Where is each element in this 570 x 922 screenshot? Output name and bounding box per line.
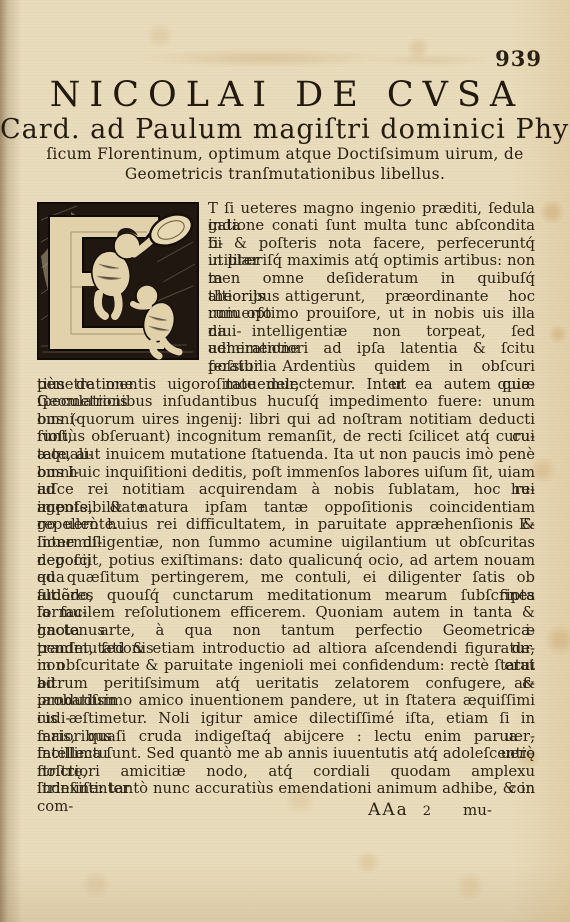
title-author: NICOLAI DE CVSA xyxy=(4,78,570,113)
body-line: ſtrictiori amicitiæ nodo, atq́ cordiali … xyxy=(37,763,535,781)
title-dedication: Card. ad Paulum magiſtri dominici Phy- xyxy=(0,114,570,145)
page-number: 939 xyxy=(495,46,542,71)
historiated-initial-E-woodcut xyxy=(37,202,199,360)
book-page-scan: 939 NICOLAI DE CVSA Card. ad Paulum magi… xyxy=(0,0,570,922)
body-line: ſudãdo, quouſq́ cunctarum meditationum m… xyxy=(37,587,535,605)
signature-number: 2 xyxy=(423,804,431,819)
body-line: iuſce rei notitiam acquirendam à nobis ſ… xyxy=(37,481,535,499)
body-line: bus huic inquiſitioni deditis, poſt imme… xyxy=(37,464,535,482)
body-line: bus (quorum uires ingenij: libri qui ad … xyxy=(37,411,535,429)
body-line: la facilem reſolutionem efficerem. Quoni… xyxy=(37,604,535,622)
body-line: ad quæſitum pertingerem, me contuli, ei … xyxy=(37,569,535,587)
body-line: depoſcit, potius exiſtimans: dato qualic… xyxy=(37,552,535,570)
body-line: tiùs de mentis uigoroſitate delectemur. … xyxy=(37,376,535,394)
body-line: facillima ſunt. Sed quantò me ab annis i… xyxy=(37,745,535,763)
body-line: go uerò huius rei difficultatem, in paru… xyxy=(37,516,535,534)
body-line: bitrum peritiſsimum atq́ ueritatis zelat… xyxy=(37,675,535,693)
body-line: pendet, ſed & etiam introductio ad altio… xyxy=(37,640,535,658)
body-line: tate, aut inuicem mutatione ſtatuenda. I… xyxy=(37,446,535,464)
catchword: mu- xyxy=(463,801,492,819)
body-text-block: T ſi ueteres magno ingenio præditi, ſedu… xyxy=(37,200,535,798)
body-line: in obſcuritate & paruitate ingenioli mei… xyxy=(37,657,535,675)
body-line: agente, & natura ipſam tantæ oppoſitioni… xyxy=(37,499,535,517)
body-line: cis æſtimetur. Noli igitur amice dilecti… xyxy=(37,710,535,728)
body-line: rioſiùs obſeruant) incognitum remanſit, … xyxy=(37,428,535,446)
body-line: gnota arte, à qua non tantum perfectio G… xyxy=(37,622,535,640)
body-line: ſione diligentiæ, non ſummo acumine uigi… xyxy=(37,534,535,552)
title-subline-1: ſicum Florentinum, optimum atque Doctiſs… xyxy=(0,145,570,165)
body-line: feratur. Ardentiùs quidem in obſcuri pen… xyxy=(37,358,535,376)
title-subline-2: Geometricis tranſmutationibus libellus. xyxy=(0,165,570,185)
signature-mark: AAa xyxy=(368,800,409,820)
body-line: ſpeculationibus inſudantibus hucuſq́ imp… xyxy=(37,393,535,411)
body-line: ſtrinxiſti: tantò nunc accuratiùs emenda… xyxy=(37,780,535,798)
body-line: probatiſsimo amico inuentionem pandere, … xyxy=(37,692,535,710)
woodcut-initial-icon xyxy=(37,202,199,360)
body-line: ſaris, quaſi cruda indigeſtaq́ abijcere … xyxy=(37,728,535,746)
footer-signature-line: AAa 2 mu- xyxy=(37,800,492,820)
page-header: NICOLAI DE CVSA Card. ad Paulum magiſtri… xyxy=(0,0,570,185)
